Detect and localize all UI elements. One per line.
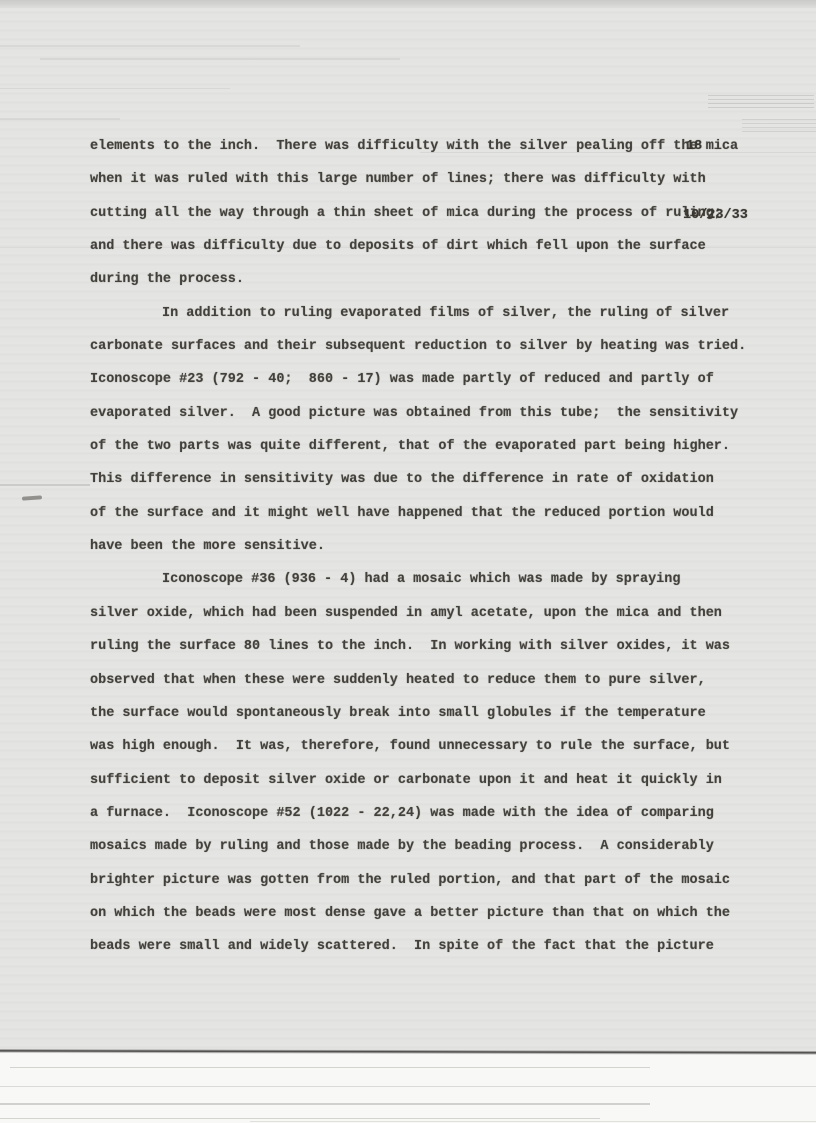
text-line: ruling the surface 80 lines to the inch.… [90,630,780,663]
text-line: on which the beads were most dense gave … [90,897,780,930]
text-line: This difference in sensitivity was due t… [90,463,780,496]
text-line: the surface would spontaneously break in… [90,697,780,730]
text-line: was high enough. It was, therefore, foun… [90,730,780,763]
text-line: during the process. [90,263,780,296]
text-line: carbonate surfaces and their subsequent … [90,330,780,363]
text-line: a furnace. Iconoscope #52 (1022 - 22,24)… [90,797,780,830]
text-line: brighter picture was gotten from the rul… [90,864,780,897]
text-line: elements to the inch. There was difficul… [90,130,780,163]
text-line: have been the more sensitive. [90,530,780,563]
paragraph: elements to the inch. There was difficul… [90,130,780,297]
text-line: In addition to ruling evaporated films o… [90,297,780,330]
scanned-document-page: 18 10/23/33 elements to the inch. There … [0,0,816,1123]
text-line: Iconoscope #23 (792 - 40; 860 - 17) was … [90,363,780,396]
scan-background-below-page [0,1052,816,1123]
text-line: mosaics made by ruling and those made by… [90,830,780,863]
text-line: Iconoscope #36 (936 - 4) had a mosaic wh… [90,563,780,596]
text-line: sufficient to deposit silver oxide or ca… [90,764,780,797]
text-line: silver oxide, which had been suspended i… [90,597,780,630]
paragraph: Iconoscope #36 (936 - 4) had a mosaic wh… [90,563,780,963]
text-line: when it was ruled with this large number… [90,163,780,196]
paragraph: In addition to ruling evaporated films o… [90,297,780,564]
text-line: and there was difficulty due to deposits… [90,230,780,263]
text-line: evaporated silver. A good picture was ob… [90,397,780,430]
text-line: observed that when these were suddenly h… [90,664,780,697]
document-body: elements to the inch. There was difficul… [90,130,780,964]
text-line: beads were small and widely scattered. I… [90,930,780,963]
text-line: cutting all the way through a thin sheet… [90,197,780,230]
text-line: of the two parts was quite different, th… [90,430,780,463]
text-line: of the surface and it might well have ha… [90,497,780,530]
